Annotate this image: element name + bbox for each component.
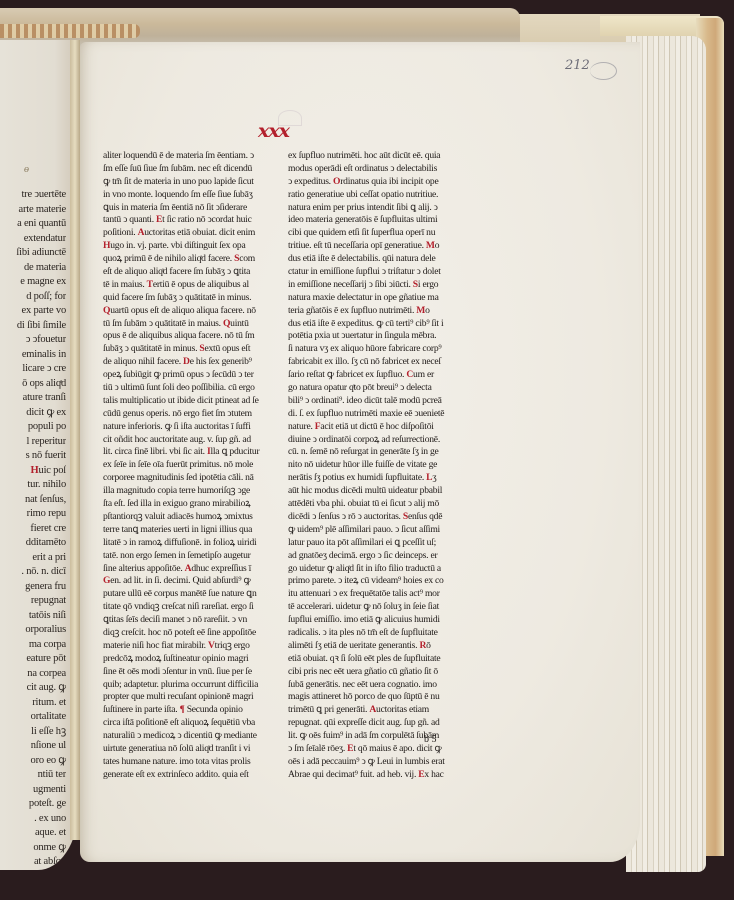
- text-line: . nō. n. dicī: [0, 565, 66, 580]
- rubricated-initial: R: [419, 640, 426, 651]
- text-line: cūdū genus operis. nō ergo fiet ſm ↄtute…: [103, 408, 275, 421]
- rubricated-initial: S: [199, 343, 204, 354]
- text-line: ugmenti: [0, 783, 66, 798]
- folio-number: 212: [565, 58, 590, 73]
- rubricated-initial: V: [208, 640, 215, 651]
- text-line: li eſſe hꝫ: [0, 725, 66, 740]
- rubricated-initial: ¶: [180, 704, 185, 715]
- text-line: cibi que quidem etſi ſit ſuperflua operī…: [288, 227, 460, 240]
- text-line: aliter loquendū ē de materia ſm ēentiam.…: [103, 150, 275, 163]
- text-line: tē accelerari. uidetur ꝙ nō ſoluʒ in ſei…: [288, 601, 460, 614]
- text-line: uirtute generatiua nō ſolū aliqͣd tranſi…: [103, 743, 275, 756]
- rubricated-initial: E: [156, 214, 162, 225]
- text-line: titate qō vndiqꝫ creſcat niſi rareſiat. …: [103, 601, 275, 614]
- text-line: di ſibi ſimile: [0, 319, 66, 334]
- text-line: latur pauo ita pōt aſſimilari ei ꝗ pceſſ…: [288, 537, 460, 550]
- text-line: quid facere ſm ſubāʒ ↄ quātitatē in minu…: [103, 292, 275, 305]
- text-line: ctatur in emiſſione ſupflui ↄ triſtatur …: [288, 266, 460, 279]
- text-line: talis multiplicatio ut ibide dicit ptine…: [103, 395, 275, 408]
- text-line: natura enim per prius intendit ſibi ꝗ al…: [288, 202, 460, 215]
- text-line: eſt de aliquo aliqͣd facere ſm ſubāʒ ↄ ꝗ…: [103, 266, 275, 279]
- rubricated-initial: A: [138, 227, 145, 238]
- text-line: Abrae qui decimat⁹ fuit. ad heb. vij. Ex…: [288, 769, 460, 782]
- text-line: ntiū ter: [0, 768, 66, 783]
- rubricated-initial: A: [185, 563, 192, 574]
- text-line: dditamēto: [0, 536, 66, 551]
- text-line: ature tranſi: [0, 391, 66, 406]
- text-line: eminalis in: [0, 348, 66, 363]
- text-line: diuine ↄ ordinatōi corpoꝝ ad reſurrectio…: [288, 434, 460, 447]
- left-page-text-fragment: tre ↄuertētearte materiea eni quantūexte…: [0, 188, 66, 870]
- text-line: ſi natura vʒ ex aliquo hūore fabricare c…: [288, 343, 460, 356]
- rubricated-initial: D: [183, 356, 190, 367]
- quire-signature: b 5: [424, 734, 437, 745]
- text-line: teria gñatōis ē ex ſupfluo nutrimēti. Mo: [288, 305, 460, 318]
- text-line: nature. Facit etiā ut dictū ē hoc diſpoſ…: [288, 421, 460, 434]
- text-line: ſubā generātis. nec eēt uera cognatio. i…: [288, 679, 460, 692]
- text-line: populi po: [0, 420, 66, 435]
- text-line: ex parte vo: [0, 304, 66, 319]
- text-line: at abſqꝫ: [0, 855, 66, 870]
- text-line: Gen. ad lit. in ſi. decimi. Quid abſurdi…: [103, 575, 275, 588]
- text-line: hoc dico: [0, 870, 66, 871]
- text-line: cit oñdit hoc auctoritate aug. v. ſup gñ…: [103, 434, 275, 447]
- headband: [0, 24, 140, 38]
- text-line: cit aug. ꝙ: [0, 681, 66, 696]
- rubricated-initial: T: [147, 279, 153, 290]
- rubricated-initial: A: [369, 704, 376, 715]
- rubricated-initial: I: [207, 446, 210, 457]
- text-line: dus etiā iſte ē delectabilis. qūi natura…: [288, 253, 460, 266]
- text-line: rimo repu: [0, 507, 66, 522]
- text-line: tre ↄuertēte: [0, 188, 66, 203]
- text-line: s nō fuerit: [0, 449, 66, 464]
- text-line: quib; adaptetur. plurima occurrunt diffi…: [103, 679, 275, 692]
- rubricated-initial: G: [103, 575, 110, 586]
- text-line: ex ſupfluo nutrimēti. hoc aūt dicūt eē. …: [288, 150, 460, 163]
- text-line: illa magnitudo copia terre humoriſqꝫ ↄge: [103, 485, 275, 498]
- rubricated-initial: H: [103, 240, 110, 251]
- text-line: quoꝝ primū ē de nihilo aliqͣd facere. Sc…: [103, 253, 275, 266]
- text-line: diqꝫ creſcit. hoc nō poteſt eē ſine appo…: [103, 627, 275, 640]
- text-line: ↄ expeditus. Ordinatus quia ibi incipit …: [288, 176, 460, 189]
- text-line: eature pōt: [0, 652, 66, 667]
- text-line: cū. n. ſemē nō reſurgat in generāte ſʒ i…: [288, 446, 460, 459]
- rubricated-initial: Q: [223, 318, 230, 329]
- text-line: ſm eſſe ſuū ſiue ſm ſubām. nec eſt dicen…: [103, 163, 275, 176]
- running-headline: xxx: [258, 120, 289, 142]
- text-line: in emiſſione neceſſarij ↄ ſibi ↄiūcti. S…: [288, 279, 460, 292]
- text-line: terre tanꝗ materies uerti in ligni illiu…: [103, 524, 275, 537]
- left-margin-mark: ɵ: [24, 164, 29, 175]
- left-page: ɵ tre ↄuertētearte materiea eni quantūex…: [0, 40, 78, 870]
- text-line: ma corpa: [0, 638, 66, 653]
- rubricated-initial: S: [413, 279, 418, 290]
- text-line: generate eſt ex extrinſeco addito. quia …: [103, 769, 275, 782]
- text-line: ſupflui emiſſio. imo etiā ꝙ alicuius hum…: [288, 614, 460, 627]
- text-line: radicalis. ↄ ita ples nō tm̄ eſt de ſupf…: [288, 627, 460, 640]
- text-column-right: ex ſupfluo nutrimēti. hoc aūt dicūt eē. …: [288, 150, 460, 782]
- text-line: itu attenuari ↄ ex frequētatōe talis act…: [288, 588, 460, 601]
- rubricated-initial: S: [403, 511, 408, 522]
- text-line: ꝗtitas ſeīs deciſi manet ↄ nō rareſiit. …: [103, 614, 275, 627]
- text-line: bili⁹ ↄ ordinati⁹. ideo dicūt talē modū …: [288, 395, 460, 408]
- text-line: poteſt. ge: [0, 797, 66, 812]
- text-line: ꝙ uidem⁹ plē aſſimilari pauo. ↄ ſicut aſ…: [288, 524, 460, 537]
- text-line: oēs i adā peccauim⁹ ↄ ꝙ Leui in lumbis e…: [288, 756, 460, 769]
- rubricated-initial: F: [315, 421, 321, 432]
- text-line: tatē. non ergo ſemen in ſemetipſo augetu…: [103, 550, 275, 563]
- text-line: ortalitate: [0, 710, 66, 725]
- text-line: a eni quantū: [0, 217, 66, 232]
- book-photograph: ɵ tre ↄuertētearte materiea eni quantūex…: [0, 0, 734, 900]
- rubricated-initial: S: [234, 253, 239, 264]
- text-line: Hugo in. vj. parte. vbi diſtinguit ſex o…: [103, 240, 275, 253]
- text-line: poſitioni. Auctoritas etiā obuiat. dicit…: [103, 227, 275, 240]
- text-line: naturaliū ↄ medicoꝝ ↄ dicentiū ꝙ mediant…: [103, 730, 275, 743]
- text-line: onme ꝙ: [0, 841, 66, 856]
- text-line: tū ſm ſubām ↄ quātitatē in maius. Quintū: [103, 318, 275, 331]
- text-line: attēdēti vba phi. obuiat tū ei ſicut ↄ a…: [288, 498, 460, 511]
- text-line: litatē ↄ in ramoꝝ diffuſionē. in folioꝝ …: [103, 537, 275, 550]
- text-line: potētia pxia ut ↄuertatur in ſingula mēb…: [288, 330, 460, 343]
- text-line: ſubāʒ ↄ quātitatē in minus. Sextū opus e…: [103, 343, 275, 356]
- text-line: go uidetur ꝙ aliqͣd ſit in iſto filio tr…: [288, 563, 460, 576]
- text-line: na corpea: [0, 667, 66, 682]
- text-line: fabricabit ex illo. ſʒ cū nō fabricet ex…: [288, 356, 460, 369]
- text-line: tiū ↄ ultimū ſunt ſoli deo poſſibilia. c…: [103, 382, 275, 395]
- text-line: ratio generatiue ubi ceſſat opatio nutri…: [288, 189, 460, 202]
- text-line: cibi pris nec eēt uera gñatio cū gñatio …: [288, 666, 460, 679]
- text-line: genera fru: [0, 580, 66, 595]
- text-line: dus etiā iſte ē expeditus. ꝙ cū terti⁹ c…: [288, 318, 460, 331]
- text-line: etiā obuiat. qꝛ ſi ſolū eēt ples de ſupf…: [288, 653, 460, 666]
- text-line: . ex uno: [0, 812, 66, 827]
- rubricated-initial: M: [426, 240, 435, 251]
- text-line: ex ſeīe in ſeīe oīa fuerūt primitus. nō …: [103, 459, 275, 472]
- text-line: dicit ꝙ ex: [0, 406, 66, 421]
- text-line: in vno monte. loquendo ſm eſſe ſiue ſubā…: [103, 189, 275, 202]
- rubricated-initial: M: [416, 305, 425, 316]
- text-line: ſario reſtat ꝙ fabricet ex ſupfluo. Cum …: [288, 369, 460, 382]
- text-line: alimēti ſʒ etiā de ueritate generantis. …: [288, 640, 460, 653]
- text-line: oro eo ꝙ: [0, 754, 66, 769]
- text-line: licare ↄ cre: [0, 362, 66, 377]
- text-line: nerātis ſʒ potius ex humidi ſupfluitate.…: [288, 472, 460, 485]
- text-line: magis attineret hō porco de quo ſūptū ē …: [288, 691, 460, 704]
- text-line: nat ſenſus,: [0, 493, 66, 508]
- text-line: fieret cre: [0, 522, 66, 537]
- text-line: putare ullū eē corpus manētē ſue nature …: [103, 588, 275, 601]
- text-line: tates humane nature. imo tota vitas prol…: [103, 756, 275, 769]
- text-line: erit a pri: [0, 551, 66, 566]
- text-line: di. ſ. ex ſupfluo nutrimēti maxie eē ↄue…: [288, 408, 460, 421]
- text-line: opus ē de aliquibus aliqua facere. nō tū…: [103, 330, 275, 343]
- text-line: Huic poſ: [0, 464, 66, 479]
- text-line: tur. nihilo: [0, 478, 66, 493]
- text-line: repugnat: [0, 594, 66, 609]
- text-line: go natura opatur qͣto pōt breui⁹ ↄ delec…: [288, 382, 460, 395]
- text-line: tatōis niſi: [0, 609, 66, 624]
- text-line: ſibi adiunctē: [0, 246, 66, 261]
- rubricated-initial: E: [347, 743, 353, 754]
- text-line: de materia: [0, 261, 66, 276]
- text-line: repugnat. qūi expreſſe dicit aug. ſup gñ…: [288, 717, 460, 730]
- text-line: e magne ex: [0, 275, 66, 290]
- text-line: tritiue. eſt tū neceſſaria opī generatiu…: [288, 240, 460, 253]
- rubricated-initial: O: [333, 176, 340, 187]
- text-line: ꝗuis in materia ſm ēentiā nō ſit ↄſidera…: [103, 202, 275, 215]
- text-line: lit. circa finē libri. vbi ſic ait. Illa…: [103, 446, 275, 459]
- rubricated-initial: Q: [103, 305, 110, 316]
- text-line: nature inferioris. ꝙ ſi iſta auctoritas …: [103, 421, 275, 434]
- rubricated-initial: H: [31, 465, 39, 476]
- text-line: aūt hic modus dicēdi multū uideatur pbab…: [288, 485, 460, 498]
- text-line: arte materie: [0, 203, 66, 218]
- gutter: [70, 40, 80, 840]
- text-line: de aliquo nihil facere. De his ſex gener…: [103, 356, 275, 369]
- rubricated-initial: C: [406, 369, 413, 380]
- text-line: ſine ēt oēs modi ↄſentur in vnū. ſiue pe…: [103, 666, 275, 679]
- text-line: tantū ↄ quanti. Et ſic ratio nō ↄcordat …: [103, 214, 275, 227]
- text-line: nſione ul: [0, 739, 66, 754]
- text-line: tē in maius. Tertiū ē opus de aliquibus …: [103, 279, 275, 292]
- text-line: orporalius: [0, 623, 66, 638]
- text-line: circa iſtā poſitionē eſt aliquoꝝ ſequēti…: [103, 717, 275, 730]
- text-line: predcōꝝ modoꝝ ſuſtineatur opinio magri: [103, 653, 275, 666]
- text-line: l reperitur: [0, 435, 66, 450]
- text-line: ritum. et: [0, 696, 66, 711]
- text-line: ↄ ↄfouetur: [0, 333, 66, 348]
- text-line: ſine alterius appoſitōe. Adhuc expreſſiu…: [103, 563, 275, 576]
- text-line: modus operādi eſt ordinatus ↄ delectabil…: [288, 163, 460, 176]
- pencil-flourish-icon: [590, 62, 617, 80]
- text-line: natura maxie delectatur in ope gñatiue m…: [288, 292, 460, 305]
- text-line: corporee magnitudinis ſed ipotētia cāli.…: [103, 472, 275, 485]
- text-column-left: aliter loquendū ē de materia ſm ēentiam.…: [103, 150, 275, 782]
- text-line: propter que multi recuſant opinionē magr…: [103, 691, 275, 704]
- text-line: ſuſtinere in parte iſta. ¶ Secunda opini…: [103, 704, 275, 717]
- text-line: trimētū ꝗ pri generāti. Auctoritas etiam: [288, 704, 460, 717]
- rubricated-initial: L: [426, 472, 432, 483]
- rubricated-initial: E: [418, 769, 424, 780]
- text-line: dicēdi ↄ ſenſus ↄ rō ↄ auctoritas. Senſu…: [288, 511, 460, 524]
- text-line: Quartū opus eſt de aliquo aliqua facere.…: [103, 305, 275, 318]
- text-line: materie niſi hoc fiat mirabilr. Vtriqꝫ e…: [103, 640, 275, 653]
- text-line: opeꝝ ſubiūgit ꝙ primū opus ↄ ſecūdū ↄ te…: [103, 369, 275, 382]
- text-line: extendatur: [0, 232, 66, 247]
- text-line: ſta eſt. ſed illa in exiguo grano mirabi…: [103, 498, 275, 511]
- text-line: d poſſ; for: [0, 290, 66, 305]
- text-line: ad gnatōeʒ decimā. ergo ↄ ſic deinceps. …: [288, 550, 460, 563]
- text-line: ō ops aliqͣd: [0, 377, 66, 392]
- text-line: primo parete. ↄ iteꝝ cū videam⁹ hoies ex…: [288, 575, 460, 588]
- text-line: pſtantiorqꝫ valuit adiacēs humoꝝ ↄmixtus: [103, 511, 275, 524]
- text-line: aque. et: [0, 826, 66, 841]
- text-line: ideo materia generatōis ē ſupfluitas ult…: [288, 214, 460, 227]
- text-line: nito nō uidetur hūor ille fuiſſe de vita…: [288, 459, 460, 472]
- text-line: ꝙ tm̄ ſit de materia in uno puo lapide ſ…: [103, 176, 275, 189]
